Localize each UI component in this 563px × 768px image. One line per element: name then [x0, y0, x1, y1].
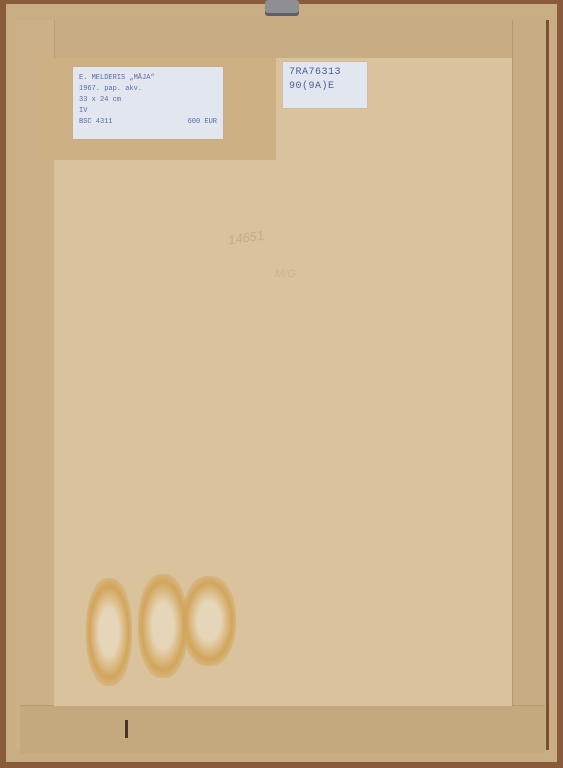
water-stain-left [86, 578, 132, 686]
label-dimensions: 33 x 24 cm [79, 95, 217, 106]
tape-bottom [20, 705, 545, 754]
water-stain-right [182, 576, 236, 666]
inventory-label: 7RA76313 90(9A)E [283, 62, 367, 108]
frame-edge-right [546, 20, 549, 750]
tape-right [512, 20, 547, 750]
nail [125, 720, 128, 738]
water-stain-middle [138, 574, 188, 678]
inventory-code-1: 7RA76313 [289, 66, 361, 80]
label-grade: IV [79, 106, 217, 117]
label-price: 600 EUR [188, 117, 217, 128]
hanger-icon [265, 0, 299, 16]
label-inventory-code: BSC 4311 [79, 117, 113, 128]
label-artist-title: E. MELDERIS „MĀJA“ [79, 73, 217, 84]
inventory-code-2: 90(9A)E [289, 80, 361, 94]
label-year-medium: 1967. pap. akv. [79, 84, 217, 95]
pencil-note-faint: M/G [275, 268, 296, 280]
catalog-label: E. MELDERIS „MĀJA“ 1967. pap. akv. 33 x … [73, 67, 223, 139]
